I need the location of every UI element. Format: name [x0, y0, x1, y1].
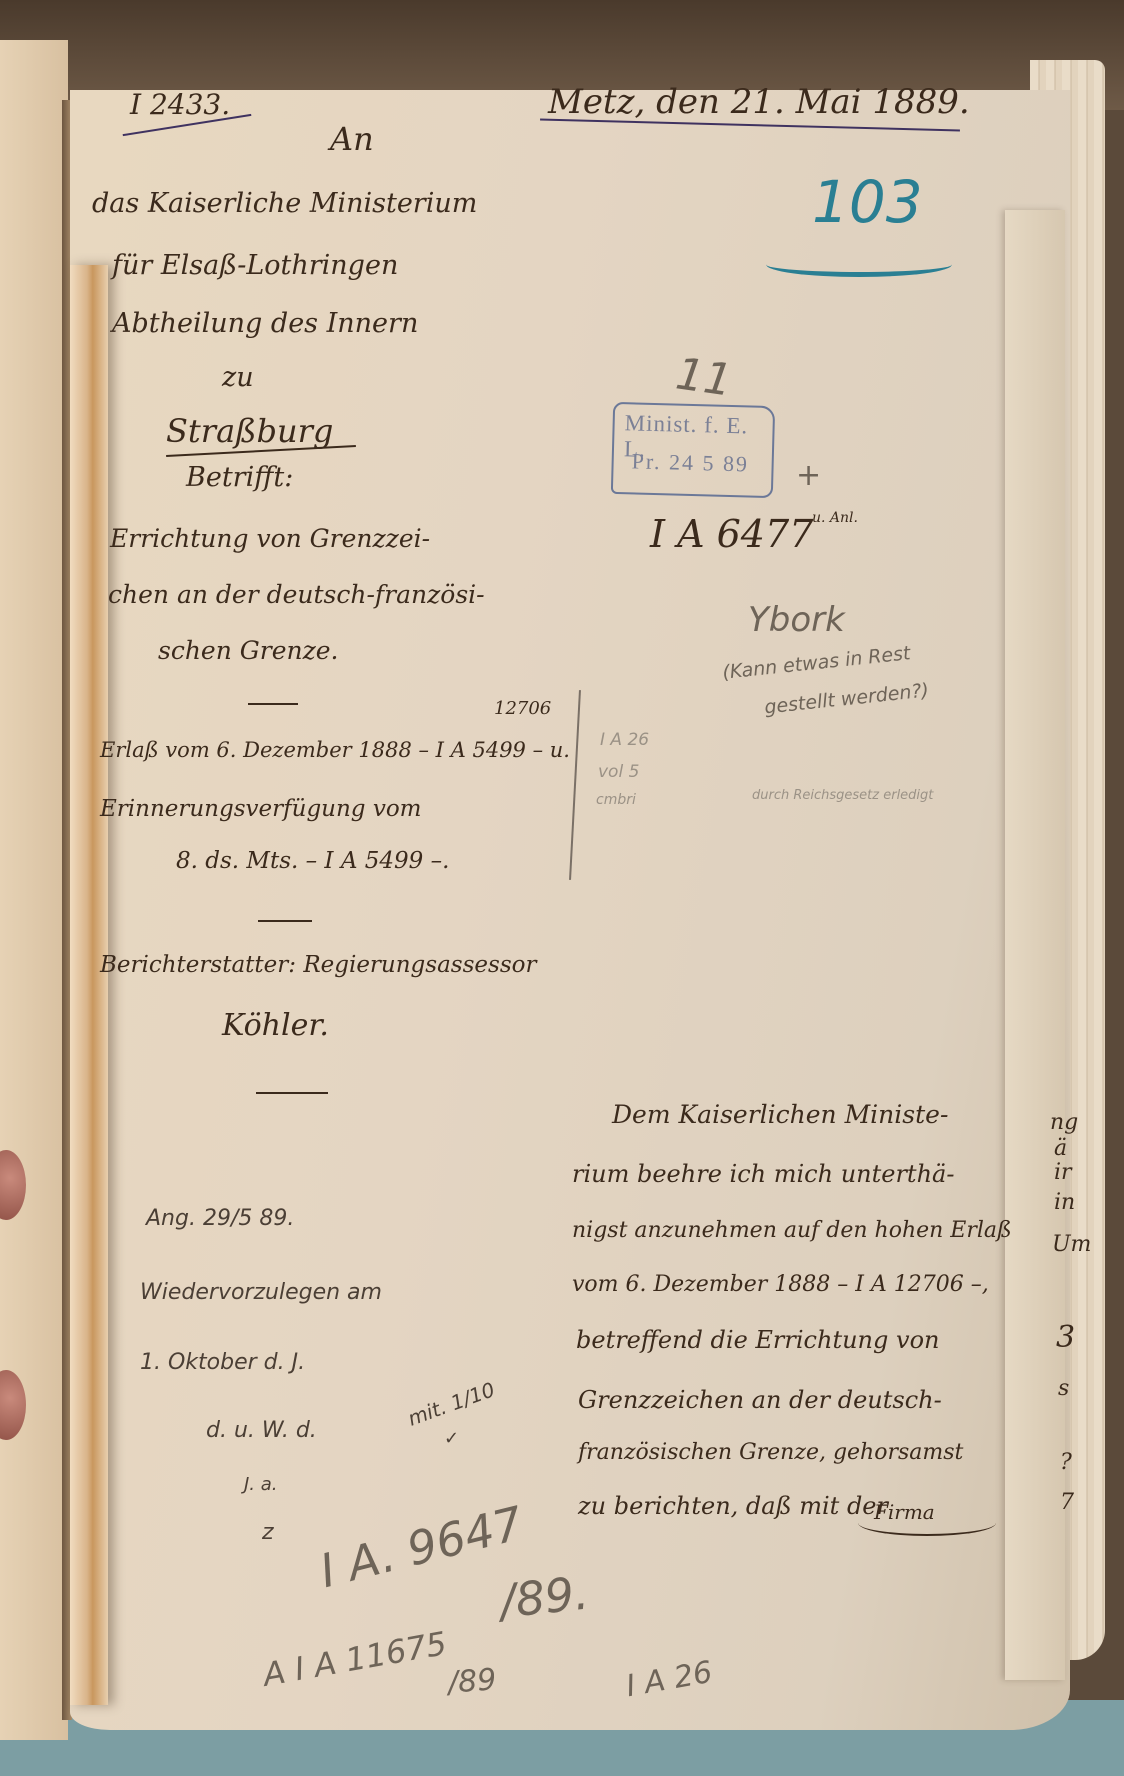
body-line-7: französischen Grenze, gehorsamst — [578, 1440, 963, 1465]
faint-pencil-1: I A 26 — [600, 730, 649, 750]
body-line-1: Dem Kaiserlichen Ministe- — [612, 1100, 948, 1129]
annotation-line-3: 1. Oktober d. J. — [140, 1350, 305, 1375]
annotation-line-4: d. u. W. d. — [206, 1418, 317, 1443]
body-line-3: nigst anzunehmen auf den hohen Erlaß — [572, 1218, 1012, 1243]
place-date: Metz, den 21. Mai 1889. — [548, 82, 970, 122]
body-line-8: zu berichten, daß mit der — [578, 1492, 888, 1520]
annotation-line-2: Wiedervorzulegen am — [140, 1280, 382, 1305]
inserted-paper-strip — [70, 265, 108, 1705]
faint-pencil-3: cmbri — [596, 792, 636, 808]
annotation-line-6: J. a. — [244, 1474, 278, 1495]
pencil-note-word: Ybork — [748, 600, 845, 640]
margin-fragment-6: 3 — [1056, 1320, 1075, 1355]
subject-line-3: schen Grenze. — [158, 636, 339, 665]
reference-line-2: Erinnerungsverfügung vom — [100, 796, 421, 822]
margin-fragment-2: ä — [1054, 1136, 1067, 1161]
registry-suffix: u. Anl. — [812, 510, 858, 526]
margin-fragment-1: ng — [1050, 1110, 1078, 1135]
receipt-stamp: Minist. f. E. L. Pr. 24 5 89 — [611, 402, 775, 498]
body-line-5: betreffend die Errichtung von — [576, 1326, 939, 1354]
separator-2 — [258, 920, 312, 922]
subject-line-2: chen an der deutsch-französi- — [108, 580, 485, 609]
underlying-page-edge — [1005, 210, 1065, 1680]
reference-correction: 12706 — [494, 698, 551, 719]
subject-line-1: Errichtung von Grenzzei- — [110, 524, 430, 553]
registry-entry: I A 6477 — [650, 512, 813, 556]
salutation: An — [330, 120, 374, 158]
address-line-2: für Elsaß-Lothringen — [112, 250, 398, 281]
separator-1 — [248, 703, 298, 705]
body-line-6: Grenzzeichen an der deutsch- — [578, 1386, 942, 1414]
folio-underline — [766, 252, 952, 277]
rapporteur-line-1: Berichterstatter: Regierungsassessor — [100, 952, 536, 978]
stamp-pencil-mark: 11 — [673, 348, 736, 406]
reference-line-1: Erlaß vom 6. Dezember 1888 – I A 5499 – … — [100, 738, 570, 762]
address-line-4: zu — [222, 362, 254, 393]
margin-fragment-3: ir — [1054, 1160, 1072, 1185]
separator-3 — [256, 1092, 328, 1094]
pencil-entry-1-year: /89. — [497, 1566, 591, 1629]
address-line-3: Abtheilung des Innern — [112, 308, 418, 339]
address-line-1: das Kaiserliche Ministerium — [92, 188, 477, 219]
subject-heading: Betrifft: — [186, 462, 293, 493]
facing-left-page — [0, 40, 68, 1740]
annotation-line-1: Ang. 29/5 89. — [146, 1206, 294, 1231]
annotation-line-7: z — [262, 1520, 274, 1545]
catchword-flourish — [858, 1510, 996, 1536]
rapporteur-name: Köhler. — [222, 1008, 329, 1043]
pencil-entry-2-year: /89 — [447, 1662, 498, 1700]
folio-number: 103 — [812, 168, 923, 236]
margin-fragment-4: in — [1054, 1190, 1075, 1215]
stamp-side-mark: + — [796, 458, 821, 493]
stamp-line-2: Pr. 24 5 89 — [631, 448, 749, 477]
margin-fragment-7: s — [1058, 1376, 1069, 1401]
address-city: Straßburg — [166, 412, 333, 450]
reference-line-3: 8. ds. Mts. – I A 5499 –. — [176, 848, 449, 874]
margin-fragment-9: 7 — [1060, 1490, 1074, 1515]
annotation-checkmark: ✓ — [444, 1428, 459, 1449]
body-line-4: vom 6. Dezember 1888 – I A 12706 –, — [572, 1272, 989, 1297]
body-line-2: rium beehre ich mich unterthä- — [572, 1160, 954, 1188]
margin-fragment-5: Um — [1052, 1232, 1091, 1257]
margin-fragment-8: ? — [1060, 1450, 1072, 1475]
reference-number: I 2433. — [130, 88, 230, 121]
faint-pencil-2: vol 5 — [598, 762, 639, 782]
faint-pencil-mid: durch Reichsgesetz erledigt — [752, 788, 933, 803]
